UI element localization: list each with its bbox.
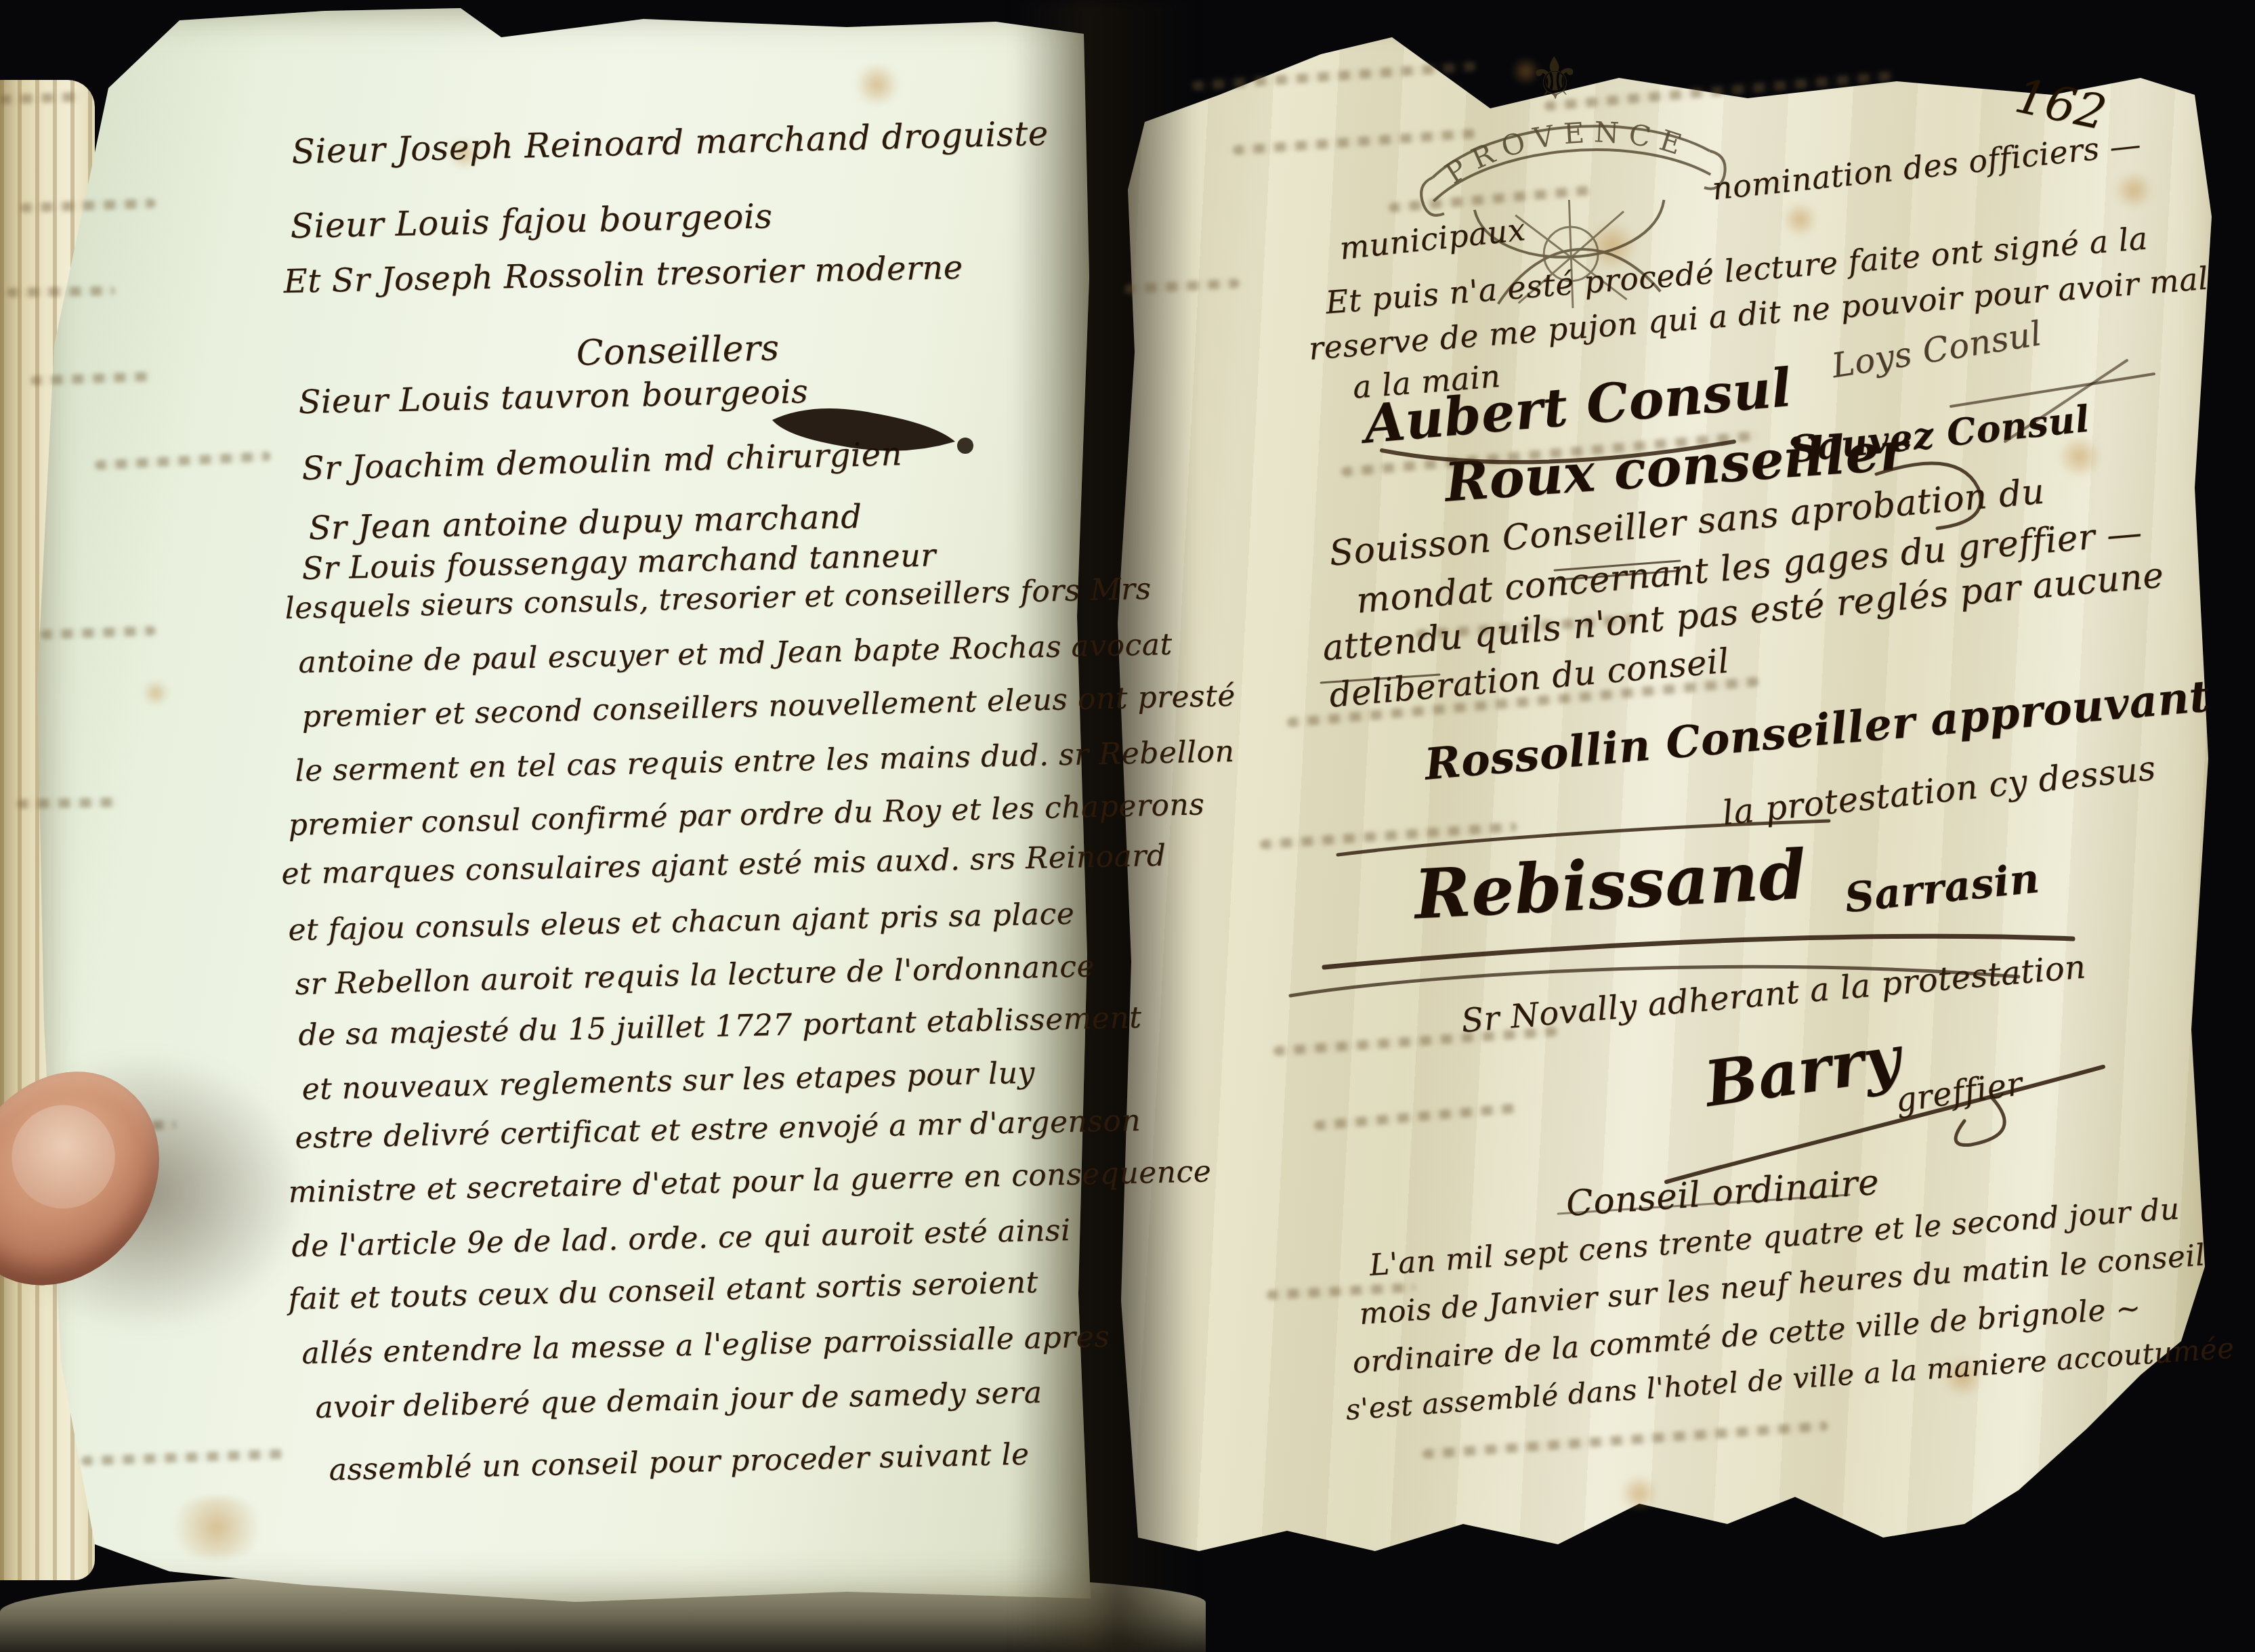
foxing-stain <box>142 681 169 705</box>
foxing-stain <box>2113 173 2154 208</box>
fleur-de-lis-icon: ⚜ <box>1527 45 1582 112</box>
manuscript-heading: Conseillers <box>576 328 780 374</box>
foxing-stain <box>1782 203 1819 236</box>
manuscript-photo: Sieur Joseph Reinoard marchand droguiste… <box>0 0 2255 1652</box>
bleed-through-mark <box>17 797 119 809</box>
foxing-stain <box>1619 1477 1660 1510</box>
foxing-stain <box>853 64 901 105</box>
foxing-stain <box>163 1497 271 1558</box>
bleed-through-mark <box>7 286 115 297</box>
fingernail <box>0 1086 134 1227</box>
